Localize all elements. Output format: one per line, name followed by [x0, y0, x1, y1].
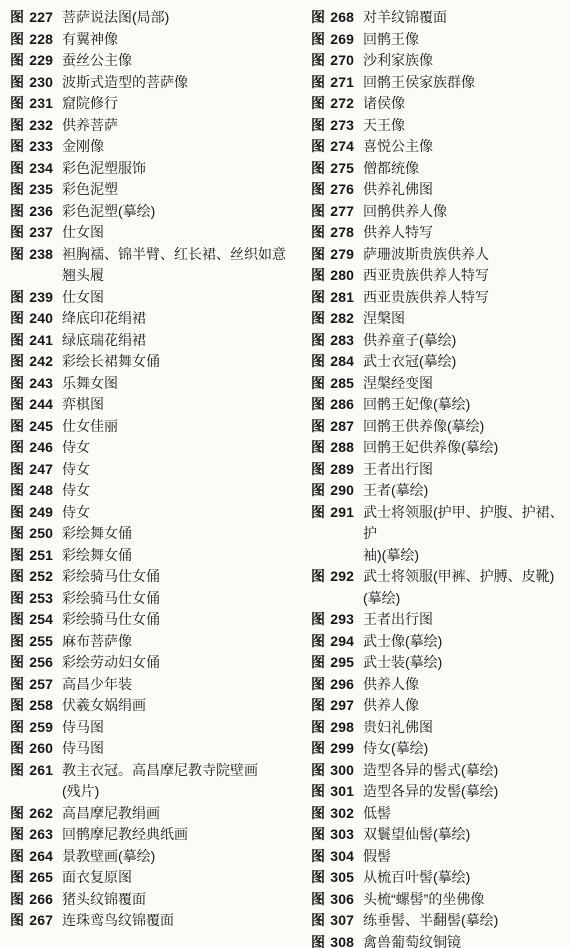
- figure-entry: 图267 连珠鸾鸟纹锦覆面: [10, 910, 308, 932]
- figure-prefix: 图: [10, 568, 24, 584]
- figure-entry: 图279 萨珊波斯贵族供养人: [311, 244, 567, 266]
- figure-label: 图307: [311, 910, 363, 932]
- figure-caption: 喜悦公主像: [363, 136, 567, 158]
- figure-number: 308: [330, 934, 354, 948]
- figure-caption: 彩绘劳动妇女俑: [62, 652, 308, 674]
- figure-prefix: 图: [311, 353, 325, 369]
- figure-caption: 侍女: [62, 459, 308, 481]
- figure-caption: 彩绘长裙舞女俑: [62, 351, 308, 373]
- figure-caption: 沙利家族像: [363, 50, 567, 72]
- figure-entry: 图255 麻布菩萨像: [10, 631, 308, 653]
- figure-entry: 图276 供养礼佛图: [311, 179, 567, 201]
- figure-number: 250: [29, 525, 53, 541]
- figure-prefix: 图: [10, 912, 24, 928]
- figure-entry: 图242 彩绘长裙舞女俑: [10, 351, 308, 373]
- figure-prefix: 图: [10, 482, 24, 498]
- figure-entry: 图293 王者出行图: [311, 609, 567, 631]
- figure-entry: 图261 教主衣冠。高昌摩尼教寺院壁画 (残片): [10, 760, 308, 803]
- figure-label: 图265: [10, 867, 62, 889]
- figure-number: 253: [29, 590, 53, 606]
- figure-caption: 王者出行图: [363, 459, 567, 481]
- figure-number: 279: [330, 246, 354, 262]
- figure-label: 图233: [10, 136, 62, 158]
- figure-entry: 图228 有翼神像: [10, 29, 308, 51]
- figure-number: 262: [29, 805, 53, 821]
- figure-label: 图269: [311, 29, 363, 51]
- figure-number: 246: [29, 439, 53, 455]
- figure-entry: 图275 僧都统像: [311, 158, 567, 180]
- figure-caption: 假髻: [363, 846, 567, 868]
- figure-prefix: 图: [311, 783, 325, 799]
- figure-list-column-right: 图268 对羊纹锦覆面 图269 回鹘王像 图270 沙利家族像 图271 回鹘…: [311, 7, 567, 948]
- figure-label: 图276: [311, 179, 363, 201]
- figure-label: 图289: [311, 459, 363, 481]
- figure-number: 257: [29, 676, 53, 692]
- figure-entry: 图234 彩色泥塑服饰: [10, 158, 308, 180]
- figure-caption: 僧都统像: [363, 158, 567, 180]
- figure-number: 302: [330, 805, 354, 821]
- figure-entry: 图241 绿底瑞花绢裙: [10, 330, 308, 352]
- figure-caption: 彩色泥塑(摹绘): [62, 201, 308, 223]
- figure-number: 234: [29, 160, 53, 176]
- figure-caption: 高昌摩尼教绢画: [62, 803, 308, 825]
- figure-caption: 回鹘王妃供养像(摹绘): [363, 437, 567, 459]
- figure-label: 图243: [10, 373, 62, 395]
- figure-label: 图301: [311, 781, 363, 803]
- figure-label: 图258: [10, 695, 62, 717]
- figure-caption: 袒胸襦、锦半臂、红长裙、丝织如意 翘头履: [62, 244, 308, 287]
- figure-prefix: 图: [311, 611, 325, 627]
- figure-number: 299: [330, 740, 354, 756]
- figure-caption: 侍马图: [62, 738, 308, 760]
- figure-entry: 图252 彩绘骑马仕女俑: [10, 566, 308, 588]
- figure-prefix: 图: [311, 439, 325, 455]
- figure-label: 图231: [10, 93, 62, 115]
- figure-number: 294: [330, 633, 354, 649]
- figure-caption: 头梳“螺髻”的坐佛像: [363, 889, 567, 911]
- figure-caption: 萨珊波斯贵族供养人: [363, 244, 567, 266]
- figure-caption: 武士像(摹绘): [363, 631, 567, 653]
- figure-label: 图290: [311, 480, 363, 502]
- figure-number: 238: [29, 246, 53, 262]
- figure-label: 图297: [311, 695, 363, 717]
- figure-number: 291: [330, 504, 354, 520]
- figure-caption: 连珠鸾鸟纹锦覆面: [62, 910, 308, 932]
- figure-number: 249: [29, 504, 53, 520]
- figure-number: 288: [330, 439, 354, 455]
- figure-label: 图254: [10, 609, 62, 631]
- figure-entry: 图307 练垂髻、半翻髻(摹绘): [311, 910, 567, 932]
- figure-label: 图256: [10, 652, 62, 674]
- figure-label: 图303: [311, 824, 363, 846]
- figure-prefix: 图: [10, 224, 24, 240]
- figure-label: 图305: [311, 867, 363, 889]
- figure-label: 图252: [10, 566, 62, 588]
- figure-number: 295: [330, 654, 354, 670]
- figure-caption: 从梳百叶髻(摹绘): [363, 867, 567, 889]
- figure-prefix: 图: [311, 848, 325, 864]
- figure-caption: 王者(摹绘): [363, 480, 567, 502]
- figure-number: 280: [330, 267, 354, 283]
- figure-label: 图300: [311, 760, 363, 782]
- figure-entry: 图238 袒胸襦、锦半臂、红长裙、丝织如意 翘头履: [10, 244, 308, 287]
- figure-entry: 图229 蚕丝公主像: [10, 50, 308, 72]
- figure-entry: 图302 低髻: [311, 803, 567, 825]
- figure-entry: 图237 仕女图: [10, 222, 308, 244]
- figure-entry: 图278 供养人特写: [311, 222, 567, 244]
- figure-number: 297: [330, 697, 354, 713]
- figure-label: 图304: [311, 846, 363, 868]
- figure-prefix: 图: [10, 891, 24, 907]
- figure-number: 227: [29, 9, 53, 25]
- figure-prefix: 图: [311, 181, 325, 197]
- figure-label: 图257: [10, 674, 62, 696]
- figure-number: 285: [330, 375, 354, 391]
- figure-number: 265: [29, 869, 53, 885]
- figure-entry: 图282 涅槃图: [311, 308, 567, 330]
- figure-prefix: 图: [311, 289, 325, 305]
- figure-number: 306: [330, 891, 354, 907]
- figure-prefix: 图: [10, 246, 24, 262]
- figure-caption: 低髻: [363, 803, 567, 825]
- figure-number: 283: [330, 332, 354, 348]
- figure-prefix: 图: [311, 310, 325, 326]
- figure-label: 图259: [10, 717, 62, 739]
- figure-number: 296: [330, 676, 354, 692]
- figure-entry: 图308 禽兽葡萄纹铜镜: [311, 932, 567, 948]
- figure-number: 293: [330, 611, 354, 627]
- figure-label: 图253: [10, 588, 62, 610]
- figure-caption: 武士衣冠(摹绘): [363, 351, 567, 373]
- figure-prefix: 图: [10, 418, 24, 434]
- figure-label: 图229: [10, 50, 62, 72]
- figure-entry: 图268 对羊纹锦覆面: [311, 7, 567, 29]
- figure-prefix: 图: [10, 31, 24, 47]
- figure-entry: 图246 侍女: [10, 437, 308, 459]
- figure-label: 图298: [311, 717, 363, 739]
- figure-number: 236: [29, 203, 53, 219]
- figure-caption: 彩绘舞女俑: [62, 545, 308, 567]
- figure-prefix: 图: [311, 203, 325, 219]
- figure-label: 图260: [10, 738, 62, 760]
- figure-prefix: 图: [10, 848, 24, 864]
- figure-number: 272: [330, 95, 354, 111]
- figure-number: 237: [29, 224, 53, 240]
- figure-number: 233: [29, 138, 53, 154]
- figure-entry: 图291 武士将领服(护甲、护腹、护裙、护 袖)(摹绘): [311, 502, 567, 567]
- figure-number: 228: [29, 31, 53, 47]
- figure-entry: 图280 西亚贵族供养人特写: [311, 265, 567, 287]
- figure-prefix: 图: [10, 869, 24, 885]
- figure-entry: 图245 仕女佳丽: [10, 416, 308, 438]
- figure-caption: 侍马图: [62, 717, 308, 739]
- figure-prefix: 图: [311, 138, 325, 154]
- figure-caption: 供养菩萨: [62, 115, 308, 137]
- figure-caption: 彩色泥塑服饰: [62, 158, 308, 180]
- figure-entry: 图258 伏羲女娲绢画: [10, 695, 308, 717]
- figure-entry: 图250 彩绘舞女俑: [10, 523, 308, 545]
- figure-label: 图245: [10, 416, 62, 438]
- figure-caption: 武士将领服(护甲、护腹、护裙、护 袖)(摹绘): [363, 502, 567, 567]
- figure-label: 图291: [311, 502, 363, 524]
- figure-prefix: 图: [10, 611, 24, 627]
- figure-caption: 景教壁画(摹绘): [62, 846, 308, 868]
- figure-label: 图263: [10, 824, 62, 846]
- figure-prefix: 图: [10, 633, 24, 649]
- figure-entry: 图231 窟院修行: [10, 93, 308, 115]
- figure-prefix: 图: [311, 396, 325, 412]
- figure-entry: 图262 高昌摩尼教绢画: [10, 803, 308, 825]
- figure-entry: 图299 侍女(摹绘): [311, 738, 567, 760]
- figure-prefix: 图: [10, 654, 24, 670]
- figure-caption: 仕女图: [62, 287, 308, 309]
- figure-label: 图241: [10, 330, 62, 352]
- figure-prefix: 图: [311, 826, 325, 842]
- figure-label: 图238: [10, 244, 62, 266]
- figure-prefix: 图: [311, 654, 325, 670]
- figure-entry: 图270 沙利家族像: [311, 50, 567, 72]
- figure-label: 图285: [311, 373, 363, 395]
- figure-label: 图242: [10, 351, 62, 373]
- figure-number: 298: [330, 719, 354, 735]
- figure-prefix: 图: [311, 52, 325, 68]
- figure-entry: 图247 侍女: [10, 459, 308, 481]
- figure-prefix: 图: [10, 504, 24, 520]
- figure-prefix: 图: [311, 267, 325, 283]
- figure-caption: 彩绘舞女俑: [62, 523, 308, 545]
- figure-entry: 图227 菩萨说法图(局部): [10, 7, 308, 29]
- figure-entry: 图281 西亚贵族供养人特写: [311, 287, 567, 309]
- figure-label: 图239: [10, 287, 62, 309]
- figure-entry: 图294 武士像(摹绘): [311, 631, 567, 653]
- figure-label: 图267: [10, 910, 62, 932]
- figure-entry: 图256 彩绘劳动妇女俑: [10, 652, 308, 674]
- figure-prefix: 图: [10, 181, 24, 197]
- figure-entry: 图284 武士衣冠(摹绘): [311, 351, 567, 373]
- figure-caption: 乐舞女图: [62, 373, 308, 395]
- figure-prefix: 图: [10, 289, 24, 305]
- figure-number: 254: [29, 611, 53, 627]
- figure-caption: 仕女图: [62, 222, 308, 244]
- figure-label: 图262: [10, 803, 62, 825]
- figure-entry: 图283 供养童子(摹绘): [311, 330, 567, 352]
- figure-caption: 贵妇礼佛图: [363, 717, 567, 739]
- figure-prefix: 图: [10, 719, 24, 735]
- figure-prefix: 图: [10, 9, 24, 25]
- figure-number: 235: [29, 181, 53, 197]
- figure-entry: 图266 猪头纹锦覆面: [10, 889, 308, 911]
- figure-entry: 图243 乐舞女图: [10, 373, 308, 395]
- figure-prefix: 图: [311, 697, 325, 713]
- figure-label: 图283: [311, 330, 363, 352]
- figure-label: 图306: [311, 889, 363, 911]
- figure-entry: 图290 王者(摹绘): [311, 480, 567, 502]
- figure-caption: 弈棋图: [62, 394, 308, 416]
- figure-label: 图227: [10, 7, 62, 29]
- figure-prefix: 图: [311, 160, 325, 176]
- figure-entry: 图257 高昌少年装: [10, 674, 308, 696]
- figure-caption: 造型各异的发髻(摹绘): [363, 781, 567, 803]
- figure-entry: 图249 侍女: [10, 502, 308, 524]
- figure-number: 286: [330, 396, 354, 412]
- figure-prefix: 图: [311, 9, 325, 25]
- figure-prefix: 图: [10, 353, 24, 369]
- figure-prefix: 图: [311, 74, 325, 90]
- figure-label: 图299: [311, 738, 363, 760]
- figure-label: 图250: [10, 523, 62, 545]
- figure-prefix: 图: [311, 332, 325, 348]
- figure-prefix: 图: [311, 224, 325, 240]
- figure-number: 231: [29, 95, 53, 111]
- figure-number: 282: [330, 310, 354, 326]
- figure-caption: 供养人特写: [363, 222, 567, 244]
- figure-number: 274: [330, 138, 354, 154]
- figure-caption: 涅槃图: [363, 308, 567, 330]
- figure-prefix: 图: [311, 375, 325, 391]
- figure-caption: 王者出行图: [363, 609, 567, 631]
- figure-caption: 高昌少年装: [62, 674, 308, 696]
- figure-entry: 图271 回鹘王侯家族群像: [311, 72, 567, 94]
- figure-number: 252: [29, 568, 53, 584]
- figure-number: 277: [330, 203, 354, 219]
- figure-caption: 回鹘王像: [363, 29, 567, 51]
- figure-label: 图230: [10, 72, 62, 94]
- figure-prefix: 图: [10, 375, 24, 391]
- figure-number: 292: [330, 568, 354, 584]
- figure-entry: 图298 贵妇礼佛图: [311, 717, 567, 739]
- figure-entry: 图287 回鹘王供养像(摹绘): [311, 416, 567, 438]
- figure-prefix: 图: [10, 547, 24, 563]
- figure-caption: 回鹘供养人像: [363, 201, 567, 223]
- figure-label: 图271: [311, 72, 363, 94]
- figure-prefix: 图: [311, 719, 325, 735]
- figure-entry: 图248 侍女: [10, 480, 308, 502]
- figure-number: 248: [29, 482, 53, 498]
- figure-prefix: 图: [10, 52, 24, 68]
- figure-entry: 图303 双鬟望仙髻(摹绘): [311, 824, 567, 846]
- figure-entry: 图296 供养人像: [311, 674, 567, 696]
- figure-caption: 武士将领服(甲裤、护膊、皮靴) (摹绘): [363, 566, 567, 609]
- figure-number: 268: [330, 9, 354, 25]
- figure-number: 303: [330, 826, 354, 842]
- figure-label: 图261: [10, 760, 62, 782]
- figure-entry: 图292 武士将领服(甲裤、护膊、皮靴) (摹绘): [311, 566, 567, 609]
- figure-list-column-left: 图227 菩萨说法图(局部) 图228 有翼神像 图229 蚕丝公主像 图230…: [10, 7, 308, 932]
- figure-entry: 图263 回鹘摩尼教经典纸画: [10, 824, 308, 846]
- figure-number: 242: [29, 353, 53, 369]
- figure-caption: 猪头纹锦覆面: [62, 889, 308, 911]
- figure-caption: 侍女: [62, 502, 308, 524]
- figure-label: 图272: [311, 93, 363, 115]
- figure-prefix: 图: [311, 912, 325, 928]
- figure-number: 251: [29, 547, 53, 563]
- figure-prefix: 图: [10, 160, 24, 176]
- figure-prefix: 图: [10, 95, 24, 111]
- figure-label: 图274: [311, 136, 363, 158]
- figure-label: 图282: [311, 308, 363, 330]
- figure-number: 263: [29, 826, 53, 842]
- figure-list-page: 图227 菩萨说法图(局部) 图228 有翼神像 图229 蚕丝公主像 图230…: [0, 0, 570, 948]
- figure-number: 281: [330, 289, 354, 305]
- figure-entry: 图239 仕女图: [10, 287, 308, 309]
- figure-number: 258: [29, 697, 53, 713]
- figure-number: 260: [29, 740, 53, 756]
- figure-number: 240: [29, 310, 53, 326]
- figure-prefix: 图: [10, 439, 24, 455]
- figure-label: 图228: [10, 29, 62, 51]
- figure-number: 232: [29, 117, 53, 133]
- figure-prefix: 图: [10, 310, 24, 326]
- figure-label: 图293: [311, 609, 363, 631]
- figure-caption: 西亚贵族供养人特写: [363, 265, 567, 287]
- figure-caption: 菩萨说法图(局部): [62, 7, 308, 29]
- figure-caption: 回鹘王供养像(摹绘): [363, 416, 567, 438]
- figure-label: 图236: [10, 201, 62, 223]
- figure-label: 图246: [10, 437, 62, 459]
- figure-caption: 禽兽葡萄纹铜镜: [363, 932, 567, 948]
- figure-prefix: 图: [10, 762, 24, 778]
- figure-number: 300: [330, 762, 354, 778]
- figure-entry: 图288 回鹘王妃供养像(摹绘): [311, 437, 567, 459]
- figure-label: 图277: [311, 201, 363, 223]
- figure-entry: 图244 弈棋图: [10, 394, 308, 416]
- figure-prefix: 图: [311, 805, 325, 821]
- figure-label: 图255: [10, 631, 62, 653]
- figure-caption: 双鬟望仙髻(摹绘): [363, 824, 567, 846]
- figure-caption: 西亚贵族供养人特写: [363, 287, 567, 309]
- figure-entry: 图286 回鹘王妃像(摹绘): [311, 394, 567, 416]
- figure-prefix: 图: [10, 697, 24, 713]
- figure-number: 241: [29, 332, 53, 348]
- figure-entry: 图264 景教壁画(摹绘): [10, 846, 308, 868]
- figure-label: 图294: [311, 631, 363, 653]
- figure-label: 图251: [10, 545, 62, 567]
- figure-label: 图234: [10, 158, 62, 180]
- figure-caption: 教主衣冠。高昌摩尼教寺院壁画 (残片): [62, 760, 308, 803]
- figure-prefix: 图: [10, 525, 24, 541]
- figure-label: 图273: [311, 115, 363, 137]
- figure-label: 图280: [311, 265, 363, 287]
- figure-prefix: 图: [10, 676, 24, 692]
- figure-caption: 麻布菩萨像: [62, 631, 308, 653]
- figure-prefix: 图: [311, 869, 325, 885]
- figure-entry: 图232 供养菩萨: [10, 115, 308, 137]
- figure-prefix: 图: [10, 461, 24, 477]
- figure-caption: 仕女佳丽: [62, 416, 308, 438]
- figure-prefix: 图: [311, 117, 325, 133]
- figure-number: 266: [29, 891, 53, 907]
- figure-number: 269: [330, 31, 354, 47]
- figure-number: 275: [330, 160, 354, 176]
- figure-entry: 图301 造型各异的发髻(摹绘): [311, 781, 567, 803]
- figure-prefix: 图: [311, 461, 325, 477]
- figure-number: 255: [29, 633, 53, 649]
- figure-number: 301: [330, 783, 354, 799]
- figure-caption: 诸侯像: [363, 93, 567, 115]
- figure-caption: 回鹘摩尼教经典纸画: [62, 824, 308, 846]
- figure-number: 290: [330, 482, 354, 498]
- figure-caption: 彩绘骑马仕女俑: [62, 588, 308, 610]
- figure-entry: 图285 涅槃经变图: [311, 373, 567, 395]
- figure-entry: 图254 彩绘骑马仕女俑: [10, 609, 308, 631]
- figure-prefix: 图: [311, 633, 325, 649]
- figure-caption: 蚕丝公主像: [62, 50, 308, 72]
- figure-number: 276: [330, 181, 354, 197]
- figure-entry: 图269 回鹘王像: [311, 29, 567, 51]
- figure-label: 图232: [10, 115, 62, 137]
- figure-caption: 侍女: [62, 480, 308, 502]
- figure-caption: 伏羲女娲绢画: [62, 695, 308, 717]
